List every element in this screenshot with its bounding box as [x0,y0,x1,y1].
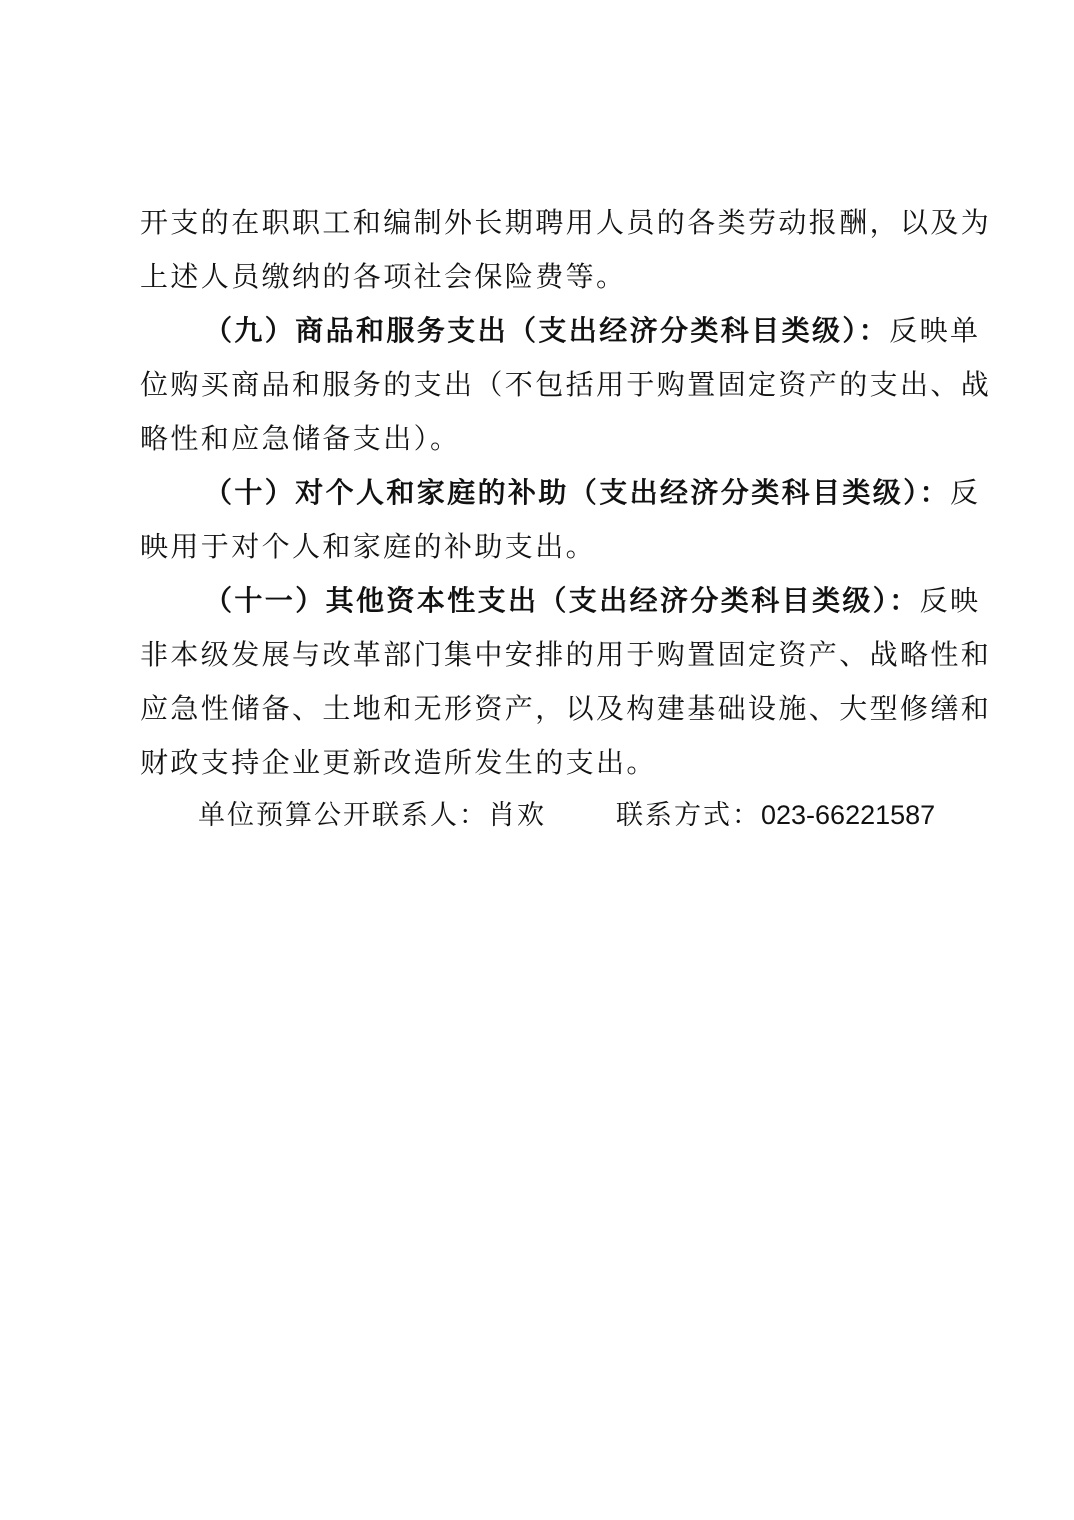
section-11-heading-line: （十一）其他资本性支出（支出经济分类科目类级）：反映 [140,574,936,628]
paragraph-line: 映用于对个人和家庭的补助支出。 [140,520,936,574]
paragraph-line: 上述人员缴纳的各项社会保险费等。 [140,250,936,304]
section-11-heading: （十一）其他资本性支出（支出经济分类科目类级）： [204,584,920,617]
contact-line: 单位预算公开联系人：肖欢联系方式：023-66221587 [140,790,936,840]
paragraph-line: 位购买商品和服务的支出（不包括用于购置固定资产的支出、战 [140,358,936,412]
section-10-text-start: 反 [950,476,980,509]
paragraph-line: 非本级发展与改革部门集中安排的用于购置固定资产、战略性和 [140,628,936,682]
contact-phone: 023-66221587 [761,800,935,830]
section-10-heading: （十）对个人和家庭的补助（支出经济分类科目类级）： [204,476,950,509]
paragraph-line: 开支的在职职工和编制外长期聘用人员的各类劳动报酬，以及为 [140,196,936,250]
section-9-heading-line: （九）商品和服务支出（支出经济分类科目类级）：反映单 [140,304,936,358]
paragraph-line: 财政支持企业更新改造所发生的支出。 [140,736,936,790]
document-page: 开支的在职职工和编制外长期聘用人员的各类劳动报酬，以及为 上述人员缴纳的各项社会… [140,196,936,840]
contact-person-label: 单位预算公开联系人： [198,800,488,831]
contact-method-label: 联系方式： [616,800,761,831]
paragraph-line: 应急性储备、土地和无形资产，以及构建基础设施、大型修缮和 [140,682,936,736]
section-9-text-start: 反映单 [889,314,980,347]
section-10-heading-line: （十）对个人和家庭的补助（支出经济分类科目类级）：反 [140,466,936,520]
section-9-heading: （九）商品和服务支出（支出经济分类科目类级）： [204,314,889,347]
contact-person-name: 肖欢 [488,800,546,831]
paragraph-line: 略性和应急储备支出）。 [140,412,936,466]
section-11-text-start: 反映 [920,584,981,617]
